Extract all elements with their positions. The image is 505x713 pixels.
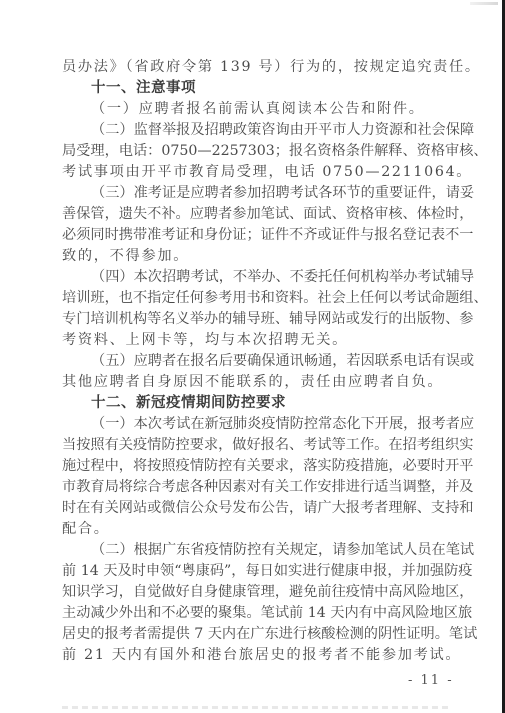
body-text-line: 主动减少外出和不必要的聚集。笔试前 14 天内有中高风险地区旅 xyxy=(62,603,450,624)
body-text-line: 其他应聘者自身原因不能联系的，责任由应聘者自负。 xyxy=(62,372,450,393)
top-edge-shadow xyxy=(470,2,498,5)
body-text-line: （一）本次考试在新冠肺炎疫情防控常态化下开展，报考者应 xyxy=(62,414,450,435)
body-text-line: 配合。 xyxy=(62,519,450,540)
body-text-line: 当按照有关疫情防控要求，做好报名、考试等工作。在招考组织实 xyxy=(62,435,450,456)
section-heading: 十一、注意事项 xyxy=(62,78,450,99)
body-text-line: （二）监督举报及招聘政策咨询由开平市人力资源和社会保障 xyxy=(62,120,450,141)
body-text-line: 居史的报考者需提供 7 天内在广东进行核酸检测的阴性证明。笔试 xyxy=(62,624,450,645)
body-text-line: 员办法》（省政府令第 139 号）行为的，按规定追究责任。 xyxy=(62,57,450,78)
document-page: 员办法》（省政府令第 139 号）行为的，按规定追究责任。十一、注意事项（一）应… xyxy=(62,57,450,666)
body-text-line: 考试事项由开平市教育局受理，电话 0750—2211064。 xyxy=(62,162,450,183)
body-text-line: 善保管，遗失不补。应聘者参加笔试、面试、资格审核、体检时， xyxy=(62,204,450,225)
body-text-line: 前 14 天及时申领“粤康码”，每日如实进行健康申报，并加强防疫 xyxy=(62,561,450,582)
body-text-line: 时在有关网站或微信公众号发布公告，请广大报考者理解、支持和 xyxy=(62,498,450,519)
body-text-line: 局受理，电话：0750—2257303；报名资格条件解释、资格审核、 xyxy=(62,141,450,162)
body-text-line: 致的，不得参加。 xyxy=(62,246,450,267)
section-heading: 十二、新冠疫情期间防控要求 xyxy=(62,393,450,414)
body-text-line: 考资料、上网卡等，均与本次招聘无关。 xyxy=(62,330,450,351)
body-text-line: （二）根据广东省疫情防控有关规定，请参加笔试人员在笔试 xyxy=(62,540,450,561)
body-text-line: （四）本次招聘考试，不举办、不委托任何机构举办考试辅导 xyxy=(62,267,450,288)
body-text-line: 必须同时携带准考证和身份证；证件不齐或证件与报名登记表不一 xyxy=(62,225,450,246)
page-number: - 11 - xyxy=(408,673,454,688)
body-text-line: 知识学习，自觉做好自身健康管理，避免前往疫情中高风险地区， xyxy=(62,582,450,603)
next-page-ghost-text xyxy=(62,706,452,709)
body-text-line: （三）准考证是应聘者参加招聘考试各环节的重要证件，请妥 xyxy=(62,183,450,204)
body-text-line: 市教育局将综合考虑各种因素对有关工作安排进行适当调整，并及 xyxy=(62,477,450,498)
body-text-line: 施过程中，将按照疫情防控有关要求，落实防疫措施，必要时开平 xyxy=(62,456,450,477)
body-text-line: 培训班，也不指定任何参考用书和资料。社会上任何以考试命题组、 xyxy=(62,288,450,309)
body-text-line: 前 21 天内有国外和港台旅居史的报考者不能参加考试。 xyxy=(62,645,450,666)
body-text-line: 专门培训机构等名义举办的辅导班、辅导网站或发行的出版物、参 xyxy=(62,309,450,330)
body-text-line: （一）应聘者报名前需认真阅读本公告和附件。 xyxy=(62,99,450,120)
body-text-line: （五）应聘者在报名后要确保通讯畅通，若因联系电话有误或 xyxy=(62,351,450,372)
